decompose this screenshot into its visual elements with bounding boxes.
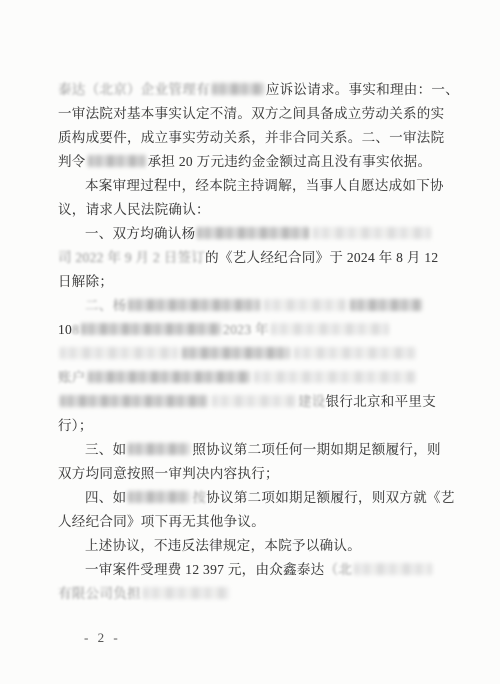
redacted-segment [212, 83, 264, 95]
redacted-segment [88, 371, 250, 383]
redacted-segment [143, 587, 229, 599]
redacted-segment [212, 395, 296, 407]
text-segment: 一审法院对基本事实认定不清。双方之间具备成立劳动关系的实 [58, 106, 444, 121]
ghost-text-segment: 二、杨 [85, 298, 126, 313]
agreement-item-2-line-1: 二、杨 [58, 294, 450, 318]
text-segment: 判令 [58, 154, 86, 169]
agreement-item-1-line-1: 一、双方均确认杨 [58, 222, 450, 246]
agreement-item-2-line-5: 建设银行北京和平里支 [58, 390, 450, 414]
redacted-segment [81, 323, 221, 335]
mediation-intro-line-1: 本案审理过程中，经本院主持调解，当事人自愿达成如下协 [58, 174, 450, 198]
ghost-text-segment: （北 [324, 562, 352, 577]
ghost-text-segment: 司 2022 年 9 月 2 日签订 [58, 250, 205, 265]
agreement-item-2-line-6: 行）； [58, 414, 450, 438]
text-segment: 质构成要件，成立事实劳动关系，并非合同关系。二、一审法院 [58, 130, 444, 145]
appeal-reason-line-3: 判令承担 20 万元违约金金额过高且没有事实依据。 [58, 150, 450, 174]
redacted-segment [294, 347, 416, 359]
text-segment: 行）； [58, 418, 93, 433]
court-fee-line-2: 有限公司负担 [58, 582, 450, 606]
text-segment: 上述协议，不违反法律规定，本院予以确认。 [85, 538, 361, 553]
agreement-item-3-line-1: 三、如照协议第二项任何一期如期足额履行，则 [58, 438, 450, 462]
appeal-reason-line-1: 一审法院对基本事实认定不清。双方之间具备成立劳动关系的实 [58, 102, 450, 126]
ghost-text-segment: 建设 [298, 394, 326, 409]
agreement-item-4-line-2: 人经纪合同》项下再无其他争议。 [58, 510, 450, 534]
court-fee-line-1: 一审案件受理费 12 397 元，由众鑫泰达（北 [58, 558, 450, 582]
text-segment: 一、双方均确认杨 [85, 226, 195, 241]
page-number: - 2 - [84, 630, 121, 646]
text-segment: 银行北京和平里支 [326, 394, 436, 409]
document-page: 泰达（北京）企业管理有应诉讼请求。事实和理由：一、一审法院对基本事实认定不清。双… [0, 0, 500, 684]
agreement-item-2-line-3 [58, 342, 450, 366]
text-segment: 四、如 [85, 490, 126, 505]
mediation-intro-line-2: 议，请求人民法院确认： [58, 198, 450, 222]
redacted-segment [264, 299, 346, 311]
redacted-segment [88, 155, 146, 167]
document-body: 泰达（北京）企业管理有应诉讼请求。事实和理由：一、一审法院对基本事实认定不清。双… [58, 78, 450, 606]
ghost-text-segment: 有限公司负担 [58, 586, 141, 601]
text-segment: 人经纪合同》项下再无其他争议。 [58, 514, 265, 529]
ghost-text-segment: 按 [192, 490, 206, 505]
ghost-text-segment: 账户 [58, 370, 86, 385]
text-segment: 三、如 [85, 442, 126, 457]
text-segment: 议，请求人民法院确认： [58, 202, 210, 217]
text-segment: 的《艺人经纪合同》于 2024 年 8 月 12 [205, 250, 438, 265]
text-segment: 照协议第二项任何一期如期足额履行，则 [192, 442, 440, 457]
redacted-segment [182, 347, 290, 359]
agreement-item-1-line-3: 日解除； [58, 270, 450, 294]
text-segment: 一审案件受理费 12 397 元，由众鑫泰达 [85, 562, 324, 577]
redacted-segment [60, 395, 208, 407]
redacted-segment [313, 227, 431, 239]
text-segment: 协议第二项如期足额履行，则双方就《艺 [206, 490, 454, 505]
appeal-reason-line-2: 质构成要件，成立事实劳动关系，并非合同关系。二、一审法院 [58, 126, 450, 150]
text-segment: 本案审理过程中，经本院主持调解，当事人自愿达成如下协 [85, 178, 444, 193]
confirmation-line: 上述协议，不违反法律规定，本院予以确认。 [58, 534, 450, 558]
agreement-item-1-line-2: 司 2022 年 9 月 2 日签订的《艺人经纪合同》于 2024 年 8 月 … [58, 246, 450, 270]
text-segment: 10 [58, 322, 72, 337]
redacted-segment [128, 299, 260, 311]
redacted-segment [197, 227, 309, 239]
ghost-text-segment: 2023 年 [223, 322, 269, 337]
redacted-segment [254, 371, 416, 383]
agreement-item-4-line-1: 四、如按协议第二项如期足额履行，则双方就《艺 [58, 486, 450, 510]
text-segment: 日解除； [58, 274, 113, 289]
ghost-text-segment: 泰达（北京）企业管理有 [58, 82, 210, 97]
text-segment: 双方均同意按照一审判决内容执行； [58, 466, 279, 481]
text-segment: 应诉讼请求。事实和理由：一、 [266, 82, 459, 97]
agreement-item-2-line-2: 1082023 年 [58, 318, 450, 342]
redacted-segment [350, 299, 422, 311]
appeal-request-line: 泰达（北京）企业管理有应诉讼请求。事实和理由：一、 [58, 78, 450, 102]
text-segment: 承担 20 万元违约金金额过高且没有事实依据。 [148, 154, 432, 169]
redacted-segment [60, 347, 178, 359]
redacted-segment [354, 563, 432, 575]
ghost-text-segment: 8 [72, 322, 79, 337]
redacted-segment [271, 323, 389, 335]
redacted-segment [128, 443, 190, 455]
redacted-segment [128, 491, 190, 503]
agreement-item-2-line-4: 账户 [58, 366, 450, 390]
agreement-item-3-line-2: 双方均同意按照一审判决内容执行； [58, 462, 450, 486]
